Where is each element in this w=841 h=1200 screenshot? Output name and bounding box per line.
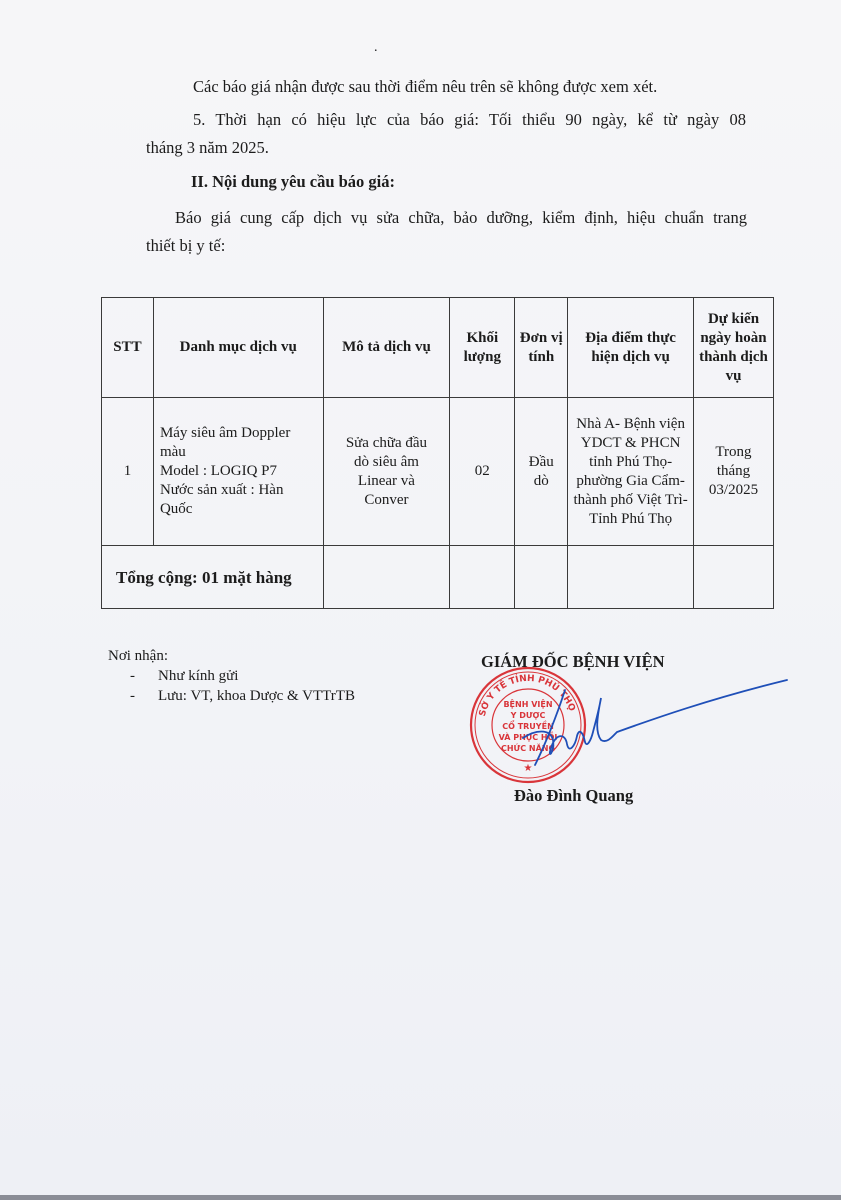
service-name: Máy siêu âm Doppler màu [160,424,319,462]
recipient-item: -Lưu: VT, khoa Dược & VTTrTB [108,686,355,706]
recipient-item: -Như kính gửi [108,666,355,686]
section-heading: II. Nội dung yêu cầu báo giá: [191,170,395,194]
service-origin: Nước sản xuất : Hàn Quốc [160,481,319,519]
total-empty [515,546,568,609]
table-total-row: Tổng cộng: 01 mặt hàng [102,546,774,609]
document-page: . Các báo giá nhận được sau thời điểm nê… [0,0,841,1200]
cell-description: Sửa chữa đầu dò siêu âm Linear và Conver [323,398,450,546]
quote-table: STT Danh mục dịch vụ Mô tả dịch vụ Khối … [101,297,774,609]
total-empty [323,546,450,609]
header-location: Địa điểm thực hiện dịch vụ [568,298,694,398]
intro-line-2: thiết bị y tế: [146,234,225,258]
table-row: 1 Máy siêu âm Doppler màu Model : LOGIQ … [102,398,774,546]
scan-bottom-edge [0,1195,841,1200]
header-quantity: Khối lượng [450,298,515,398]
service-model: Model : LOGIQ P7 [160,462,319,481]
validity-line-2: tháng 3 năm 2025. [146,136,269,160]
total-empty [450,546,515,609]
intro-line-1: Báo giá cung cấp dịch vụ sửa chữa, bảo d… [175,206,747,230]
cell-location: Nhà A- Bệnh viện YDCT & PHCN tỉnh Phú Th… [568,398,694,546]
header-completion: Dự kiến ngày hoàn thành dịch vụ [693,298,773,398]
validity-line-1: 5. Thời hạn có hiệu lực của báo giá: Tối… [193,108,746,132]
late-quotes-paragraph: Các báo giá nhận được sau thời điểm nêu … [193,75,657,99]
cell-service: Máy siêu âm Doppler màu Model : LOGIQ P7… [153,398,323,546]
cell-completion: Trong tháng 03/2025 [693,398,773,546]
cell-stt: 1 [102,398,154,546]
table-header-row: STT Danh mục dịch vụ Mô tả dịch vụ Khối … [102,298,774,398]
total-empty [693,546,773,609]
recipients-label: Nơi nhận: [108,646,355,666]
total-label: Tổng cộng: 01 mặt hàng [102,546,324,609]
header-unit: Đơn vị tính [515,298,568,398]
cell-unit: Đầu dò [515,398,568,546]
total-empty [568,546,694,609]
handwritten-signature-icon [505,670,790,780]
top-mark: . [374,40,378,56]
signer-name: Đào Đình Quang [514,786,633,806]
header-stt: STT [102,298,154,398]
header-service: Danh mục dịch vụ [153,298,323,398]
recipients-block: Nơi nhận: -Như kính gửi -Lưu: VT, khoa D… [108,646,355,706]
cell-quantity: 02 [450,398,515,546]
signer-title: GIÁM ĐỐC BỆNH VIỆN [481,652,665,672]
recipients-list: -Như kính gửi -Lưu: VT, khoa Dược & VTTr… [108,666,355,706]
header-description: Mô tả dịch vụ [323,298,450,398]
